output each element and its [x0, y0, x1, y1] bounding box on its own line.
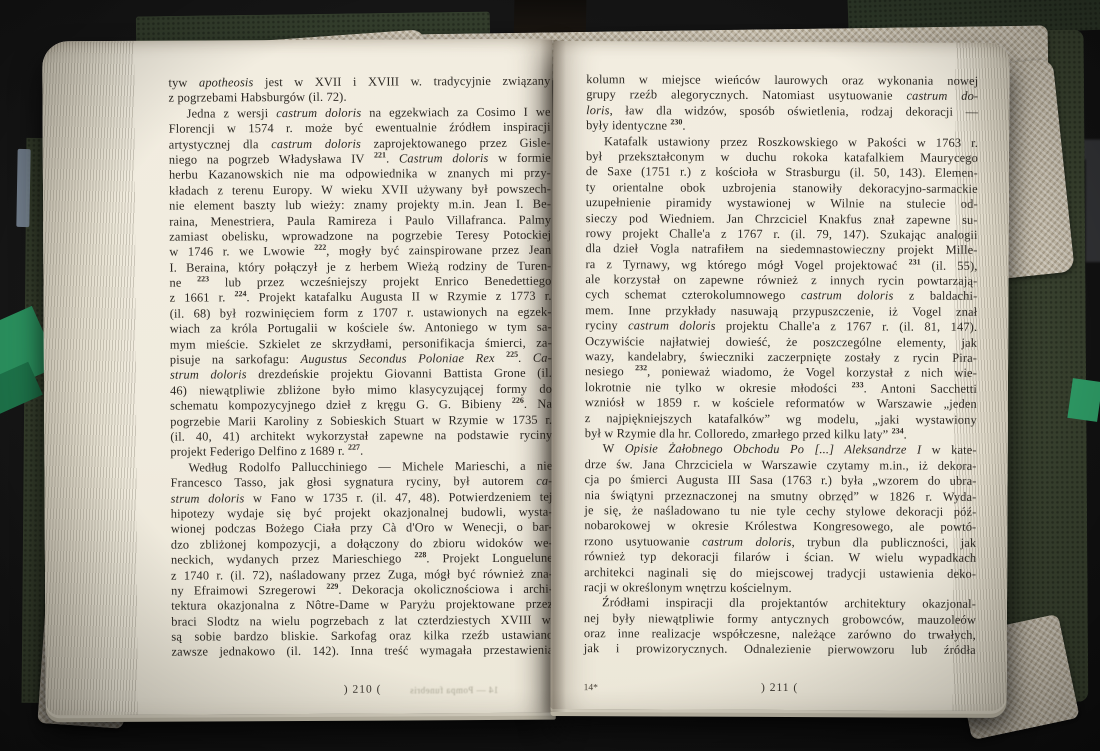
text-line: sieczy pod Wiedniem. Jan Chrzciciel Knak… — [586, 211, 978, 228]
text-line: Florencji w 1574 r. może być ewentualnie… — [169, 120, 551, 137]
text-line: cja po śmierci Augusta III Sasa (1763 r.… — [585, 472, 977, 489]
text-line: z najpiękniejszych katafalków” wg modelu… — [585, 411, 977, 428]
left-fore-edge — [42, 41, 138, 715]
left-page-text: tyw apotheosis jest w XVII i XVIII w. tr… — [168, 74, 553, 700]
text-line: Francesco Tasso, jak głosi sygnatura ryc… — [171, 474, 553, 491]
bookmark-tab — [16, 149, 30, 227]
text-line: ty orientalne obok uzbrojenia stanowiły … — [586, 180, 978, 197]
text-line: Oczywiście najłatwiej dowieść, że poszcz… — [585, 334, 977, 351]
text-line: również typ dekoracji filarów i ścian. W… — [584, 549, 976, 566]
green-patch — [1067, 378, 1100, 422]
text-line: był w Rzymie dla hr. Colloredo, zmarłego… — [585, 426, 977, 443]
text-line: uzupełnienie piramidy wystawionej w Wiln… — [586, 195, 978, 212]
left-page: tyw apotheosis jest w XVII i XVIII w. tr… — [42, 39, 556, 716]
text-line: drze św. Jana Chrzciciela w Warszawie cz… — [585, 457, 977, 474]
text-line: nia świątyni przeznaczonej na smutny obr… — [584, 488, 976, 505]
text-line: tyw apotheosis jest w XVII i XVIII w. tr… — [168, 74, 550, 91]
text-line: nobarokowej w okresie Królestwa Kongreso… — [584, 518, 976, 535]
text-line: wzniósł w 1859 r. w kościele reformatów … — [585, 395, 977, 412]
text-line: grupy rzeźb alegorycznych. Natomiast usy… — [586, 88, 978, 105]
right-page-footer-row: 14* ) 211 ( — [584, 680, 976, 698]
text-line: Źródłami inspiracji dla projektantów arc… — [584, 595, 976, 612]
text-line: nie element baszty lub wieży: znamy proj… — [169, 197, 551, 214]
book-photo: T tyw apotheosis jest w XVII i XVIII w. … — [0, 0, 1100, 751]
text-line: kolumn w miejsce wieńców laurowych oraz … — [586, 72, 978, 89]
text-line: ryciny castrum doloris projektu Challe'a… — [585, 318, 977, 335]
text-line: był przekształconym w duchu rokoka kataf… — [586, 149, 978, 166]
text-line: W Opisie Żałobnego Obchodu Po [...] Alek… — [585, 442, 977, 459]
right-page-number: ) 211 ( — [584, 680, 976, 697]
text-line: (il. 40, 41) architekt wykorzystał zapew… — [170, 428, 552, 445]
text-line: neckich, wydanych przez Marieschiego 228… — [171, 551, 553, 568]
text-line: były identyczne 230. — [586, 118, 978, 135]
text-line: Katafalk ustawiony przez Roszkowskiego w… — [586, 134, 978, 151]
text-line: wiach za króla Portugalii w kościele św.… — [170, 320, 552, 337]
text-line: ra z Tyrnawy, wg którego mógł Vogel proj… — [585, 257, 977, 274]
right-page-text: kolumn w miejsce wieńców laurowych oraz … — [584, 72, 979, 698]
text-line: rzono usytuowanie castrum doloris, trybu… — [584, 534, 976, 551]
text-line: ale korzystał on zapewne również z innyc… — [585, 272, 977, 289]
text-line: mem. Inne przykłady nasuwają przypuszcze… — [585, 303, 977, 320]
right-page: kolumn w miejsce wieńców laurowych oraz … — [551, 41, 1010, 711]
text-line: nesiego 232, ponieważ wiadomo, że Vogel … — [585, 365, 977, 382]
text-line: z 1661 r. 224. Projekt katafalku Augusta… — [170, 289, 552, 306]
signature-mark: 14* — [584, 681, 598, 696]
text-line: tektura okazjonalna z Nôtre-Dame w Paryż… — [171, 597, 553, 614]
text-line: architekci naginali się do miejscowej tr… — [584, 565, 976, 582]
text-line: dla dzieł Vogla natrafiłem na siedemnast… — [586, 241, 978, 258]
text-line: w 1746 r. we Lwowie 222, mogły być zains… — [169, 243, 551, 260]
text-line: racji w określonym wnętrzu kościelnym. — [584, 580, 976, 597]
text-line: lokrotnie nie tylko w okresie młodości 2… — [585, 380, 977, 397]
text-line: schematu kompozycyjnego dzieł z kręgu G.… — [170, 397, 552, 414]
left-page-lines: tyw apotheosis jest w XVII i XVIII w. tr… — [168, 74, 553, 661]
text-line: oraz inne realizacje współczesne, należą… — [584, 626, 976, 643]
text-line: zawsze jednakowo (il. 142). Inna treść w… — [171, 643, 553, 660]
showthrough-text: 14 — Pompa funebris — [410, 683, 499, 699]
text-line: herbu Kazanowskich nie ma odpowiednika w… — [169, 166, 551, 183]
left-page-footer-row: 14 — Pompa funebris ) 210 ( — [172, 682, 554, 700]
text-line: de Saxe (1751 r.) z kościoła w Strasburg… — [586, 164, 978, 181]
text-line: rowy projekt Challe'a z 1767 r. (il. 79,… — [586, 226, 978, 243]
text-line: strum doloris drezdeńskie projektu Giova… — [170, 366, 552, 383]
text-line: cych schemat czterokolumnowego castrum d… — [585, 288, 977, 305]
text-line: wionej podczas Bożego Ciała przy Cà d'Or… — [171, 520, 553, 537]
text-line: nej były niewątpliwie formy antycznych g… — [584, 611, 976, 628]
text-line: jak i prowizorycznych. Odnalezienie pier… — [584, 642, 976, 659]
text-line: je się, że naśladowano tu nie tyle cechy… — [584, 503, 976, 520]
right-page-lines: kolumn w miejsce wieńców laurowych oraz … — [584, 72, 979, 659]
